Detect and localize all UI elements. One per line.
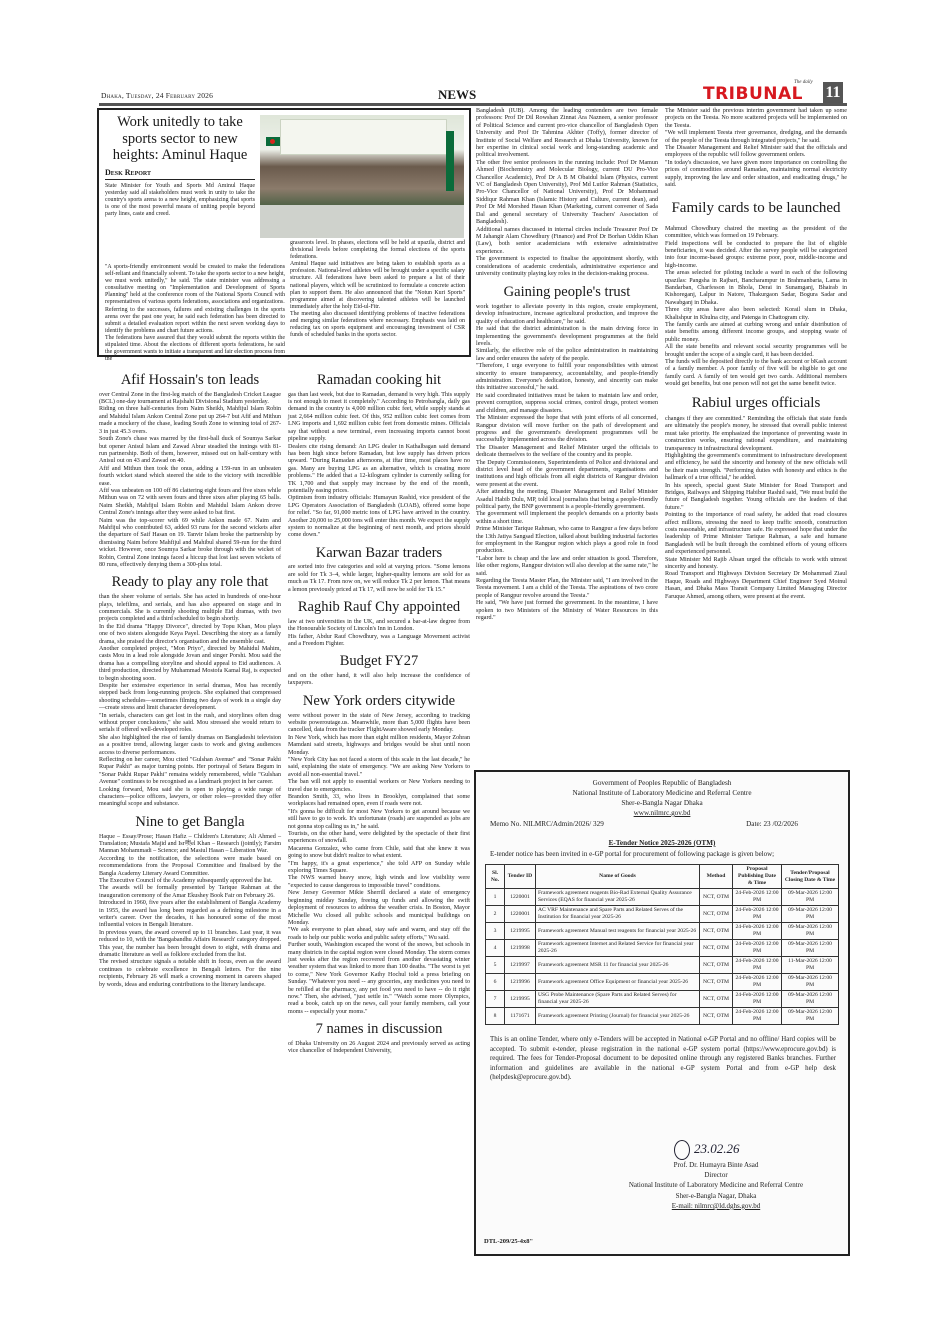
- event-banner: [280, 119, 447, 155]
- tender-notice-ad: Government of Peoples Republic of Bangla…: [474, 770, 850, 1256]
- paragraph: Afif and Mithun then took the onus, addi…: [99, 466, 281, 488]
- paragraph: The NWS warned heavy snow, high winds an…: [288, 875, 470, 890]
- paragraph: Another completed project, "Mon Priyo", …: [99, 646, 281, 683]
- cell-publish: 24-Feb-2026 12:00 PM: [733, 906, 782, 923]
- paragraph: work together to alleviate poverty in th…: [476, 304, 658, 326]
- paragraph: changes if they are committed." Remindin…: [665, 416, 847, 453]
- cell-method: NCT, OTM: [700, 1008, 733, 1025]
- section-title: NEWS: [438, 87, 476, 103]
- story-body: law at two universities in the UK, and s…: [288, 619, 470, 649]
- cell-close: 09-Mar-2026 12:00 PM: [782, 923, 839, 940]
- story-body: were without power in the state of New J…: [288, 713, 470, 1017]
- story-headline: Ramadan cooking hit: [288, 372, 470, 389]
- paragraph: Regarding the Teesta Master Plan, the Mi…: [476, 578, 658, 600]
- cell-goods: Framework agreement Office Equipment or …: [536, 974, 700, 991]
- gov-line-2: National Institute of Laboratory Medicin…: [476, 788, 848, 798]
- paragraph: "We will implement Teesta river governan…: [665, 130, 847, 145]
- paragraph: "In today's discussion, we have given mo…: [665, 160, 847, 190]
- paragraph: The other five senior professors in the …: [476, 160, 658, 227]
- cell-method: NCT, OTM: [700, 889, 733, 906]
- notice-footer-text: This is an online Tender, where only e-T…: [476, 1025, 848, 1083]
- notice-date: Date: 23 /02/2026: [746, 820, 798, 828]
- logo-text: TRIBUNAL: [703, 84, 803, 104]
- table-row: 2 1220001 AC VRF Maintenance and Spare P…: [486, 906, 839, 923]
- paragraph: In New York, which has more than eight m…: [288, 735, 470, 757]
- paragraph: He said, "We have just formed the govern…: [476, 600, 658, 622]
- paragraph: The federations have assured that they w…: [105, 335, 285, 363]
- signatory-title: Director: [616, 1170, 816, 1180]
- story-body: than the sheer volume of serials. She ha…: [99, 594, 281, 809]
- story-headline: New York orders citywide: [288, 693, 470, 710]
- lead-story: Work unitedly to take sports sector to n…: [97, 108, 471, 357]
- story-seven-names-cont: Bangladesh (IUB). Among the leading cont…: [476, 108, 658, 278]
- conference-table: [260, 205, 464, 238]
- paragraph: Pointing to the importance of road safet…: [665, 512, 847, 556]
- cell-sl: 4: [486, 940, 505, 957]
- cell-sl: 6: [486, 974, 505, 991]
- cell-id: 1219998: [505, 940, 536, 957]
- paragraph: In the Eid drama "Happy Divorce", direct…: [99, 624, 281, 646]
- flag-pole-icon: [446, 131, 454, 191]
- paragraph: were without power in the state of New J…: [288, 713, 470, 735]
- masthead-logo: TRIBUNAL The daily 11: [703, 82, 843, 104]
- col-closing: Tender/Proposal Closing Date & Time: [782, 865, 839, 889]
- paragraph: "Labor here is cheap and the law and ord…: [476, 556, 658, 578]
- story-headline: Family cards to be launched: [665, 197, 847, 220]
- paragraph: The Deputy Commissioners, Superintendent…: [476, 460, 658, 490]
- paragraph: He said coordinated initiatives must be …: [476, 393, 658, 415]
- paragraph: "A sports-friendly environment would be …: [105, 264, 285, 307]
- story-headline: Nine to get Bangla: [99, 814, 281, 831]
- paragraph: are sorted into five categories and sold…: [288, 564, 470, 594]
- story-body: work together to alleviate poverty in th…: [476, 304, 658, 622]
- cell-close: 09-Mar-2026 12:00 PM: [782, 889, 839, 906]
- paragraph: In his speech, special guest State Minis…: [665, 483, 847, 513]
- story-teesta-cont: The Minister said the previous interim g…: [665, 108, 847, 189]
- paragraph: The meeting also discussed identifying p…: [290, 311, 465, 339]
- paragraph: Prime Minister Tarique Rahman, who came …: [476, 526, 658, 556]
- paragraph: New Jersey Governor Mikie Sherrill decla…: [288, 890, 470, 927]
- paragraph: Optimism from industry officials: Humayu…: [288, 495, 470, 539]
- meeting-photo: [260, 115, 464, 238]
- cell-sl: 5: [486, 957, 505, 974]
- paragraph: Naim was the top-scorer with 69 while An…: [99, 518, 281, 570]
- paragraph: Road Transport and Highways Division Sec…: [665, 571, 847, 601]
- story-body: are sorted into five categories and sold…: [288, 564, 470, 594]
- story-body: Haque – Essay/Prose; Hasan Hafiz – Child…: [99, 834, 281, 990]
- paragraph: "I'm happy, it's a great experience," sh…: [288, 861, 470, 876]
- paragraph: "In serials, characters can get lost in …: [99, 713, 281, 735]
- paragraph: The funds will be deposited directly to …: [665, 359, 847, 389]
- gov-line-1: Government of Peoples Republic of Bangla…: [476, 778, 848, 788]
- story-body: and on the other hand, it will also help…: [288, 673, 470, 688]
- paragraph: Similarly, the effective role of the pol…: [476, 348, 658, 363]
- tender-table: Sl. No. Tender ID Name of Goods Method P…: [485, 864, 839, 1025]
- cell-publish: 24-Feb-2026 12:00 PM: [733, 957, 782, 974]
- paragraph: law at two universities in the UK, and s…: [288, 619, 470, 634]
- table-row: 8 1171671 Framework agreement Printing (…: [486, 1008, 839, 1025]
- cell-close: 11-Mar-2026 12:00 PM: [782, 957, 839, 974]
- paragraph: He said that the district administration…: [476, 326, 658, 348]
- column-4: The Minister said the previous interim g…: [665, 108, 847, 601]
- story-body: Mahmud Chowdhury chaired the meeting as …: [665, 226, 847, 389]
- story-rabiul: Rabiul urges officials changes if they a…: [665, 395, 847, 601]
- paragraph: Referring to the successes, failures and…: [105, 307, 285, 335]
- cell-close: 09-Mar-2026 12:00 PM: [782, 991, 839, 1008]
- paragraph: All the state benefits and relevant soci…: [665, 344, 847, 359]
- paragraph: Haque – Essay/Prose; Hasan Hafiz – Child…: [99, 834, 281, 856]
- paragraph: According to the notification, the selec…: [99, 856, 281, 878]
- story-headline: Raghib Rauf Chy appointed: [288, 599, 470, 616]
- paragraph: Looking forward, Mou said she is open to…: [99, 787, 281, 809]
- logo-tagline: The daily: [794, 80, 813, 85]
- cell-sl: 1: [486, 889, 505, 906]
- story-body: over Central Zone in the first-leg match…: [99, 392, 281, 570]
- paragraph: The government will implement the people…: [476, 511, 658, 526]
- cell-id: 1171671: [505, 1008, 536, 1025]
- cell-id: 1220001: [505, 906, 536, 923]
- signatory-address: Sher-e-Bangla Nagar, Dhaka: [616, 1191, 816, 1201]
- cell-goods: USG Probe Maintenance (Spare Parts and R…: [536, 991, 700, 1008]
- page-number: 11: [823, 82, 843, 104]
- ad-code: DTL-209/25-4x8": [484, 1238, 533, 1245]
- col-sl: Sl. No.: [486, 865, 505, 889]
- cell-goods: Framework agreement Internet and Related…: [536, 940, 700, 957]
- paragraph: "Therefore, I urge everyone to fulfill y…: [476, 363, 658, 393]
- byline: Desk Report: [105, 168, 255, 180]
- paragraph: Bangladesh (IUB). Among the leading cont…: [476, 108, 658, 160]
- paragraph: The Minister said the previous interim g…: [665, 108, 847, 130]
- notice-intro: E-tender notice has been invited in e-GP…: [476, 848, 848, 864]
- story-body: gas than last week, but due to Ramadan, …: [288, 392, 470, 540]
- story-headline: Karwan Bazar traders: [288, 545, 470, 562]
- paragraph: "It's gonna be difficult for most New Yo…: [288, 809, 470, 831]
- story-body: of Dhaka University on 26 August 2024 an…: [288, 1041, 470, 1056]
- paragraph: Despite her extensive experience in seri…: [99, 683, 281, 713]
- paragraph: State Minister for Youth and Sports Md A…: [105, 183, 255, 218]
- lead-headline: Work unitedly to take sports sector to n…: [105, 114, 255, 164]
- cell-method: NCT, OTM: [700, 906, 733, 923]
- cell-publish: 24-Feb-2026 12:00 PM: [733, 991, 782, 1008]
- table-header-row: Sl. No. Tender ID Name of Goods Method P…: [486, 865, 839, 889]
- cell-close: 09-Mar-2026 12:00 PM: [782, 974, 839, 991]
- paragraph: Field inspections will be conducted to p…: [665, 241, 847, 271]
- cell-publish: 24-Feb-2026 12:00 PM: [733, 889, 782, 906]
- story-headline: Ready to play any role that: [99, 574, 281, 591]
- column-2: Ramadan cooking hit gas than last week, …: [288, 372, 470, 1056]
- cell-goods: Framework agreement Printing (Journal) f…: [536, 1008, 700, 1025]
- cell-sl: 3: [486, 923, 505, 940]
- paragraph: The revised structure signals a notable …: [99, 959, 281, 989]
- signature-date: 23.02.26: [694, 1141, 740, 1156]
- story-newyork: New York orders citywide were without po…: [288, 693, 470, 1016]
- paragraph: The ban will not apply to essential work…: [288, 779, 470, 794]
- signature-scrawl: 23.02.26: [674, 1140, 740, 1160]
- story-raghib: Raghib Rauf Chy appointed law at two uni…: [288, 599, 470, 648]
- paragraph: Macarena Gonzalez, who came from Chile, …: [288, 846, 470, 861]
- lead-col1-cont: "A sports-friendly environment would be …: [105, 264, 285, 363]
- paragraph: His father, Abdur Rauf Chowdhury, was a …: [288, 634, 470, 649]
- paragraph: The areas selected for piloting include …: [665, 270, 847, 307]
- paragraph: over Central Zone in the first-leg match…: [99, 392, 281, 407]
- paragraph: of Dhaka University on 26 August 2024 an…: [288, 1041, 470, 1056]
- cell-goods: Framework agreement MSR 11 for financial…: [536, 957, 700, 974]
- gov-line-3: Sher-e-Bangla Nagar Dhaka: [476, 798, 848, 808]
- lead-col1: State Minister for Youth and Sports Md A…: [105, 183, 255, 218]
- paragraph: than the sheer volume of serials. She ha…: [99, 594, 281, 624]
- cell-goods: Framework agreement Manual test reagents…: [536, 923, 700, 940]
- table-row: 6 1219996 Framework agreement Office Equ…: [486, 974, 839, 991]
- story-afif: Afif Hossain's ton leads over Central Zo…: [99, 372, 281, 569]
- story-budget: Budget FY27 and on the other hand, it wi…: [288, 653, 470, 687]
- col-method: Method: [700, 865, 733, 889]
- table-row: 1 1220001 Framework agreement reagents B…: [486, 889, 839, 906]
- cell-id: 1220001: [505, 889, 536, 906]
- cell-id: 1219996: [505, 974, 536, 991]
- paragraph: Tourists, on the other hand, were deligh…: [288, 831, 470, 846]
- cell-sl: 8: [486, 1008, 505, 1025]
- col-tender-id: Tender ID: [505, 865, 536, 889]
- cell-method: NCT, OTM: [700, 923, 733, 940]
- story-headline: 7 names in discussion: [288, 1021, 470, 1038]
- paragraph: and on the other hand, it will also help…: [288, 673, 470, 688]
- paragraph: gas than last week, but due to Ramadan, …: [288, 392, 470, 444]
- table-row: 7 1219995 USG Probe Maintenance (Spare P…: [486, 991, 839, 1008]
- story-headline: Budget FY27: [288, 653, 470, 670]
- header-rule: [99, 103, 847, 106]
- paragraph: State Minister Md Rajib Ahsan urged the …: [665, 557, 847, 572]
- story-headline: Afif Hossain's ton leads: [99, 372, 281, 389]
- story-bangla-award: Nine to get Bangla Haque – Essay/Prose; …: [99, 814, 281, 989]
- cell-publish: 24-Feb-2026 12:00 PM: [733, 923, 782, 940]
- paragraph: The family cards are aimed at curbing wr…: [665, 322, 847, 344]
- paragraph: After attending the meeting, Disaster Ma…: [476, 489, 658, 511]
- dateline: Dhaka, Tuesday, 24 February 2026: [101, 91, 213, 100]
- paragraph: The Disaster Management and Relief Minis…: [476, 445, 658, 460]
- paragraph: Highlighting the government's commitment…: [665, 453, 847, 483]
- table-row: 4 1219998 Framework agreement Internet a…: [486, 940, 839, 957]
- signatory-org: National Institute of Laboratory Medicin…: [616, 1180, 816, 1190]
- cell-id: 1219995: [505, 991, 536, 1008]
- paragraph: "We ask everyone to plan ahead, stay saf…: [288, 927, 470, 942]
- story-mou: Ready to play any role that than the she…: [99, 574, 281, 808]
- notice-title: E-Tender Notice 2025-2026 (OTM): [476, 838, 848, 848]
- col-publish: Proposal Publishing Date & Time: [733, 865, 782, 889]
- story-body: changes if they are committed." Remindin…: [665, 416, 847, 601]
- cell-close: 09-Mar-2026 12:00 PM: [782, 906, 839, 923]
- signature-loop-icon: [674, 1140, 690, 1160]
- memo-number: Memo No. NILMRC/Admin/2026/ 329: [490, 820, 604, 828]
- cell-publish: 24-Feb-2026 12:00 PM: [733, 940, 782, 957]
- column-1: Afif Hossain's ton leads over Central Zo…: [99, 372, 281, 989]
- paragraph: Further south, Washington escaped the wo…: [288, 942, 470, 1016]
- story-gaining-trust: Gaining people's trust work together to …: [476, 284, 658, 622]
- paragraph: In previous years, the award covered up …: [99, 930, 281, 960]
- paragraph: Reflecting on her career, Mou cited "Gul…: [99, 757, 281, 787]
- cell-method: NCT, OTM: [700, 940, 733, 957]
- paragraph: Mahmud Chowdhury chaired the meeting as …: [665, 226, 847, 241]
- signatory-email[interactable]: E-mail: nilmrc@ld.dghs.gov.bd: [616, 1201, 816, 1211]
- story-headline: Gaining people's trust: [476, 284, 658, 301]
- story-headline: Rabiul urges officials: [665, 395, 847, 412]
- cell-close: 09-Mar-2026 12:00 PM: [782, 1008, 839, 1025]
- website-link[interactable]: www.nilmrc.gov.bd: [476, 808, 848, 818]
- column-3: Bangladesh (IUB). Among the leading cont…: [476, 108, 658, 622]
- cell-id: 1219995: [505, 923, 536, 940]
- paragraph: Introduced in 1960, five years after the…: [99, 900, 281, 930]
- story-family-cards: Family cards to be launched Mahmud Chowd…: [665, 197, 847, 388]
- paragraph: grassroots level. In phases, elections w…: [290, 240, 465, 261]
- paragraph: The Minister expressed the hope that wit…: [476, 415, 658, 445]
- lead-col2: grassroots level. In phases, elections w…: [290, 240, 465, 339]
- cell-method: NCT, OTM: [700, 974, 733, 991]
- paragraph: "New York City has not faced a storm of …: [288, 757, 470, 779]
- cell-method: NCT, OTM: [700, 991, 733, 1008]
- table-row: 5 1219997 Framework agreement MSR 11 for…: [486, 957, 839, 974]
- paragraph: Three city areas have also been selected…: [665, 307, 847, 322]
- paragraph: Riding on three half-centuries from Naim…: [99, 406, 281, 436]
- cell-id: 1219997: [505, 957, 536, 974]
- paragraph: The government is expected to finalise t…: [476, 256, 658, 278]
- cell-close: 09-Mar-2026 12:00 PM: [782, 940, 839, 957]
- table-row: 3 1219995 Framework agreement Manual tes…: [486, 923, 839, 940]
- paragraph: Dealers cite rising demand: An LPG deale…: [288, 444, 470, 496]
- story-seven-names: 7 names in discussion of Dhaka Universit…: [288, 1021, 470, 1055]
- paragraph: Aminul Haque said initiatives are being …: [290, 261, 465, 311]
- paragraph: Additional names discussed in internal c…: [476, 227, 658, 257]
- signatory-block: Prof. Dr. Humayra Binte Asad Director Na…: [616, 1160, 816, 1211]
- paragraph: She also highlighted the rise of family …: [99, 735, 281, 757]
- cell-goods: AC VRF Maintenance and Spare Parts and R…: [536, 906, 700, 923]
- story-karwan: Karwan Bazar traders are sorted into fiv…: [288, 545, 470, 594]
- paragraph: South Zone's chase was marred by the fir…: [99, 436, 281, 466]
- paragraph: Brandon Smith, 33, who lives in Brooklyn…: [288, 794, 470, 809]
- paragraph: The awards will be formally presented by…: [99, 885, 281, 900]
- cell-sl: 7: [486, 991, 505, 1008]
- cell-method: NCT, OTM: [700, 957, 733, 974]
- bangladesh-flag-icon: [266, 137, 280, 146]
- story-ramadan: Ramadan cooking hit gas than last week, …: [288, 372, 470, 540]
- cell-publish: 24-Feb-2026 12:00 PM: [733, 974, 782, 991]
- cell-publish: 24-Feb-2026 12:00 PM: [733, 1008, 782, 1025]
- cell-goods: Framework agreement reagents Bio-Rad Ext…: [536, 889, 700, 906]
- cell-sl: 2: [486, 906, 505, 923]
- paragraph: The Disaster Management and Relief Minis…: [665, 145, 847, 160]
- signatory-name: Prof. Dr. Humayra Binte Asad: [616, 1160, 816, 1170]
- col-goods: Name of Goods: [536, 865, 700, 889]
- paragraph: Afif was unbeaten on 100 off 86 clatteri…: [99, 488, 281, 518]
